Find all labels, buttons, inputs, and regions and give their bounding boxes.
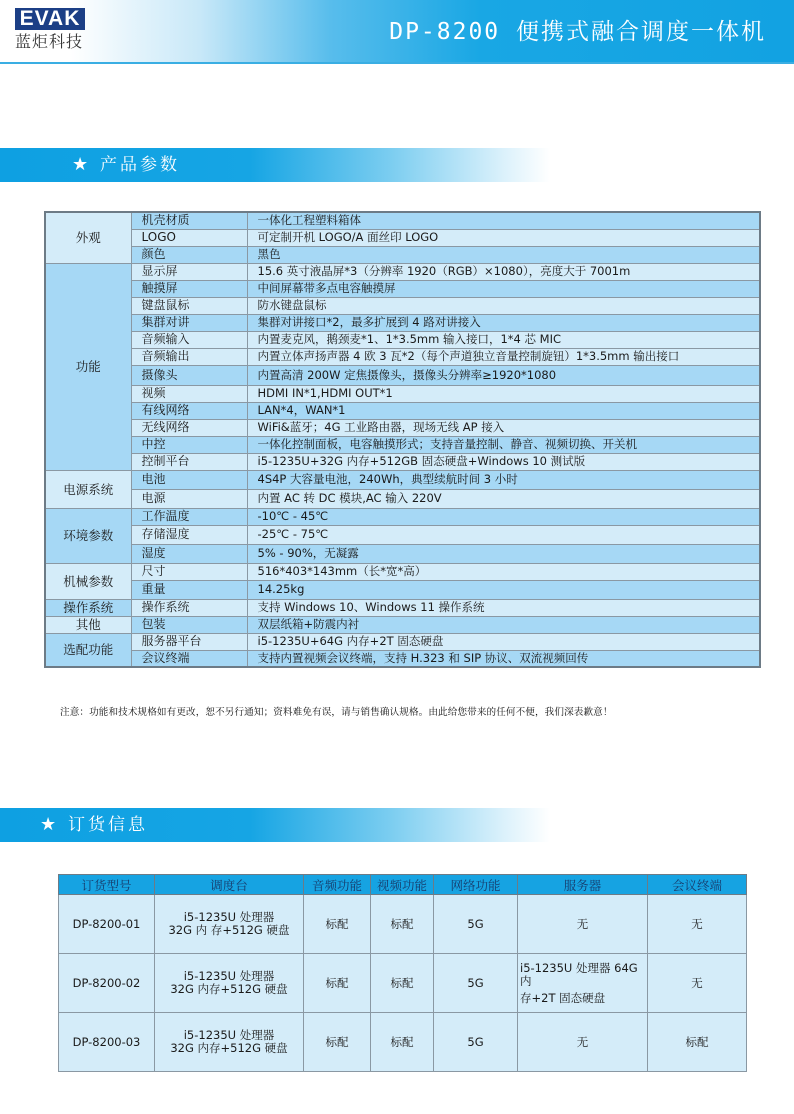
spec-value: 一体化工程塑料箱体	[247, 212, 760, 229]
table-row: DP-8200-02 i5-1235U 处理器 32G 内存+512G 硬盘 标…	[59, 954, 747, 1013]
table-row: 中控 一体化控制面板，电容触摸形式；支持音量控制、静音、视频切换、开关机	[45, 436, 760, 453]
spec-key: 湿度	[131, 544, 247, 563]
spec-value: 中间屏幕带多点电容触摸屏	[247, 280, 760, 297]
spec-value: -10℃ - 45℃	[247, 508, 760, 525]
spec-value: 5% - 90%，无凝露	[247, 544, 760, 563]
spec-key: 电源	[131, 489, 247, 508]
header-banner: EVAK 蓝炬科技 DP-8200 便携式融合调度一体机	[0, 0, 794, 62]
table-row: 功能 显示屏 15.6 英寸液晶屏*3（分辨率 1920（RGB）×1080），…	[45, 263, 760, 280]
table-row: 视频 HDMI IN*1,HDMI OUT*1	[45, 385, 760, 402]
spec-value: 内置高清 200W 定焦摄像头，摄像头分辨率≥1920*1080	[247, 365, 760, 385]
audio-cell: 标配	[304, 954, 371, 1013]
spec-key: 显示屏	[131, 263, 247, 280]
spec-value: 14.25kg	[247, 580, 760, 599]
table-row: 湿度 5% - 90%，无凝露	[45, 544, 760, 563]
product-title: DP-8200 便携式融合调度一体机	[389, 17, 766, 47]
table-header-row: 订货型号 调度台 音频功能 视频功能 网络功能 服务器 会议终端	[59, 875, 747, 895]
server-cell: 无	[518, 895, 648, 954]
spec-key: 视频	[131, 385, 247, 402]
spec-value: 支持 Windows 10、Windows 11 操作系统	[247, 599, 760, 616]
spec-key: 电池	[131, 470, 247, 489]
server-line: i5-1235U 处理器 64G 内	[520, 962, 645, 988]
video-cell: 标配	[371, 895, 434, 954]
console-cell: i5-1235U 处理器 32G 内存+512G 硬盘	[155, 1013, 304, 1072]
column-header: 视频功能	[371, 875, 434, 895]
disclaimer-notice: 注意：功能和技术规格如有更改，恕不另行通知；资料难免有误，请与销售确认规格。由此…	[60, 704, 613, 718]
column-header: 调度台	[155, 875, 304, 895]
server-cell: i5-1235U 处理器 64G 内 存+2T 固态硬盘	[518, 954, 648, 1013]
conference-cell: 无	[648, 895, 747, 954]
table-row: 摄像头 内置高清 200W 定焦摄像头，摄像头分辨率≥1920*1080	[45, 365, 760, 385]
spec-value: HDMI IN*1,HDMI OUT*1	[247, 385, 760, 402]
model-cell: DP-8200-01	[59, 895, 155, 954]
table-row: 机械参数 尺寸 516*403*143mm（长*宽*高）	[45, 563, 760, 580]
spec-value: 防水键盘鼠标	[247, 297, 760, 314]
category-cell: 电源系统	[45, 470, 131, 508]
console-cell: i5-1235U 处理器 32G 内 存+512G 硬盘	[155, 895, 304, 954]
table-row: LOGO 可定制开机 LOGO/A 面丝印 LOGO	[45, 229, 760, 246]
table-row: 触摸屏 中间屏幕带多点电容触摸屏	[45, 280, 760, 297]
logo-mark: EVAK	[15, 8, 85, 30]
column-header: 订货型号	[59, 875, 155, 895]
audio-cell: 标配	[304, 895, 371, 954]
spec-value: 内置 AC 转 DC 模块,AC 输入 220V	[247, 489, 760, 508]
spec-key: 控制平台	[131, 453, 247, 470]
spec-table: 外观 机壳材质 一体化工程塑料箱体 LOGO 可定制开机 LOGO/A 面丝印 …	[44, 211, 761, 668]
star-icon: ★	[72, 154, 88, 176]
category-cell: 机械参数	[45, 563, 131, 599]
spec-value: 集群对讲接口*2，最多扩展到 4 路对讲接入	[247, 314, 760, 331]
table-row: 无线网络 WiFi&蓝牙；4G 工业路由器，现场无线 AP 接入	[45, 419, 760, 436]
spec-key: 机壳材质	[131, 212, 247, 229]
spec-value: 双层纸箱+防震内衬	[247, 616, 760, 633]
category-cell: 选配功能	[45, 633, 131, 667]
table-row: 颜色 黑色	[45, 246, 760, 263]
network-cell: 5G	[434, 895, 518, 954]
table-row: 音频输出 内置立体声扬声器 4 欧 3 瓦*2（每个声道独立音量控制旋钮）1*3…	[45, 348, 760, 365]
spec-value: 一体化控制面板，电容触摸形式；支持音量控制、静音、视频切换、开关机	[247, 436, 760, 453]
spec-value: 内置立体声扬声器 4 欧 3 瓦*2（每个声道独立音量控制旋钮）1*3.5mm …	[247, 348, 760, 365]
spec-key: 音频输入	[131, 331, 247, 348]
network-cell: 5G	[434, 1013, 518, 1072]
console-line: 32G 内 存+512G 硬盘	[157, 924, 301, 937]
section-title-specs: 产品参数	[100, 153, 180, 177]
company-logo: EVAK 蓝炬科技	[15, 8, 95, 52]
spec-value: 可定制开机 LOGO/A 面丝印 LOGO	[247, 229, 760, 246]
spec-key: 触摸屏	[131, 280, 247, 297]
video-cell: 标配	[371, 954, 434, 1013]
server-line: 存+2T 固态硬盘	[520, 992, 645, 1005]
table-row: DP-8200-03 i5-1235U 处理器 32G 内存+512G 硬盘 标…	[59, 1013, 747, 1072]
spec-key: 工作温度	[131, 508, 247, 525]
spec-value: 支持内置视频会议终端，支持 H.323 和 SIP 协议、双流视频回传	[247, 650, 760, 667]
category-cell: 其他	[45, 616, 131, 633]
spec-key: 颜色	[131, 246, 247, 263]
spec-key: 无线网络	[131, 419, 247, 436]
spec-value: i5-1235U+64G 内存+2T 固态硬盘	[247, 633, 760, 650]
spec-key: 尺寸	[131, 563, 247, 580]
section-header-specs: ★ 产品参数	[0, 148, 550, 182]
console-line: 32G 内存+512G 硬盘	[157, 1042, 301, 1055]
table-row: 操作系统 操作系统 支持 Windows 10、Windows 11 操作系统	[45, 599, 760, 616]
server-line: 无	[520, 1036, 645, 1049]
order-table: 订货型号 调度台 音频功能 视频功能 网络功能 服务器 会议终端 DP-8200…	[58, 874, 747, 1072]
spec-key: 操作系统	[131, 599, 247, 616]
header-divider	[0, 62, 794, 64]
table-row: 环境参数 工作温度 -10℃ - 45℃	[45, 508, 760, 525]
table-row: 电源 内置 AC 转 DC 模块,AC 输入 220V	[45, 489, 760, 508]
spec-key: 包装	[131, 616, 247, 633]
spec-value: i5-1235U+32G 内存+512GB 固态硬盘+Windows 10 测试…	[247, 453, 760, 470]
column-header: 服务器	[518, 875, 648, 895]
spec-value: 15.6 英寸液晶屏*3（分辨率 1920（RGB）×1080），亮度大于 70…	[247, 263, 760, 280]
category-cell: 操作系统	[45, 599, 131, 616]
category-cell: 环境参数	[45, 508, 131, 563]
spec-value: 4S4P 大容量电池，240Wh，典型续航时间 3 小时	[247, 470, 760, 489]
spec-value: 黑色	[247, 246, 760, 263]
table-row: 集群对讲 集群对讲接口*2，最多扩展到 4 路对讲接入	[45, 314, 760, 331]
network-cell: 5G	[434, 954, 518, 1013]
spec-value: LAN*4，WAN*1	[247, 402, 760, 419]
table-row: 有线网络 LAN*4，WAN*1	[45, 402, 760, 419]
column-header: 音频功能	[304, 875, 371, 895]
category-cell: 外观	[45, 212, 131, 263]
table-row: DP-8200-01 i5-1235U 处理器 32G 内 存+512G 硬盘 …	[59, 895, 747, 954]
table-row: 键盘鼠标 防水键盘鼠标	[45, 297, 760, 314]
column-header: 网络功能	[434, 875, 518, 895]
column-header: 会议终端	[648, 875, 747, 895]
table-row: 会议终端 支持内置视频会议终端，支持 H.323 和 SIP 协议、双流视频回传	[45, 650, 760, 667]
table-row: 音频输入 内置麦克风，鹅颈麦*1、1*3.5mm 输入接口，1*4 芯 MIC	[45, 331, 760, 348]
conference-cell: 标配	[648, 1013, 747, 1072]
table-row: 控制平台 i5-1235U+32G 内存+512GB 固态硬盘+Windows …	[45, 453, 760, 470]
server-line: 无	[520, 918, 645, 931]
logo-company-name: 蓝炬科技	[15, 32, 95, 52]
server-cell: 无	[518, 1013, 648, 1072]
model-cell: DP-8200-02	[59, 954, 155, 1013]
console-cell: i5-1235U 处理器 32G 内存+512G 硬盘	[155, 954, 304, 1013]
spec-value: -25℃ - 75℃	[247, 525, 760, 544]
table-row: 外观 机壳材质 一体化工程塑料箱体	[45, 212, 760, 229]
section-title-order: 订货信息	[68, 813, 148, 837]
conference-cell: 无	[648, 954, 747, 1013]
spec-value: 516*403*143mm（长*宽*高）	[247, 563, 760, 580]
spec-key: 集群对讲	[131, 314, 247, 331]
table-row: 重量 14.25kg	[45, 580, 760, 599]
spec-key: 重量	[131, 580, 247, 599]
category-cell: 功能	[45, 263, 131, 470]
model-cell: DP-8200-03	[59, 1013, 155, 1072]
star-icon: ★	[40, 814, 56, 836]
table-row: 电源系统 电池 4S4P 大容量电池，240Wh，典型续航时间 3 小时	[45, 470, 760, 489]
spec-key: 存储湿度	[131, 525, 247, 544]
spec-key: 会议终端	[131, 650, 247, 667]
table-row: 存储湿度 -25℃ - 75℃	[45, 525, 760, 544]
spec-key: 服务器平台	[131, 633, 247, 650]
spec-key: 有线网络	[131, 402, 247, 419]
spec-value: WiFi&蓝牙；4G 工业路由器，现场无线 AP 接入	[247, 419, 760, 436]
table-row: 其他 包装 双层纸箱+防震内衬	[45, 616, 760, 633]
spec-value: 内置麦克风，鹅颈麦*1、1*3.5mm 输入接口，1*4 芯 MIC	[247, 331, 760, 348]
video-cell: 标配	[371, 1013, 434, 1072]
console-line: 32G 内存+512G 硬盘	[157, 983, 301, 996]
spec-key: 中控	[131, 436, 247, 453]
spec-key: 摄像头	[131, 365, 247, 385]
audio-cell: 标配	[304, 1013, 371, 1072]
section-header-order: ★ 订货信息	[0, 808, 550, 842]
spec-key: 键盘鼠标	[131, 297, 247, 314]
spec-key: 音频输出	[131, 348, 247, 365]
table-row: 选配功能 服务器平台 i5-1235U+64G 内存+2T 固态硬盘	[45, 633, 760, 650]
spec-key: LOGO	[131, 229, 247, 246]
